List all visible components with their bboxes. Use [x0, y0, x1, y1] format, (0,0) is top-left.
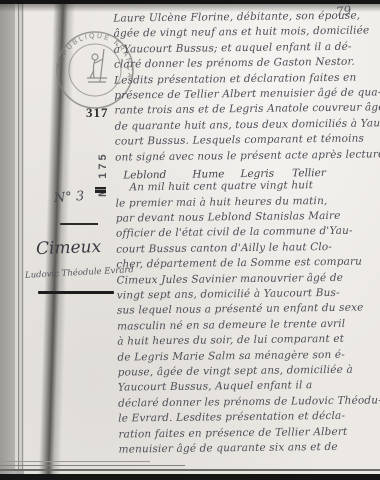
page-stack-edge	[0, 469, 380, 471]
scan-bottom-edge	[0, 474, 380, 480]
printed-act-number: 317	[86, 105, 109, 121]
ink-stamp-fragment	[95, 187, 106, 193]
act-317-text: Laure Ulcène Florine, débitante, son épo…	[113, 8, 375, 165]
margin-registered-surname: Cimeux	[36, 237, 102, 259]
book-gutter	[0, 0, 16, 480]
manuscript-line: ont signé avec nous le présent acte aprè…	[115, 147, 375, 166]
act-3-text: An mil huit cent quatre vingt huitle pre…	[115, 178, 378, 458]
margin-rule	[60, 223, 98, 225]
page-stack-edge	[0, 465, 185, 466]
manuscript-text-block: Laure Ulcène Florine, débitante, son épo…	[113, 8, 378, 457]
page-stack-edge	[0, 461, 150, 462]
manuscript-line: ration faites en présence de Tellier Alb…	[118, 424, 378, 443]
manuscript-line: menuisier âgé de quarante six ans et de	[119, 439, 379, 458]
seal-figure	[87, 49, 107, 82]
margin-rule	[38, 291, 114, 294]
manuscript-line: officier de l'état civil de la commune d…	[116, 224, 376, 243]
handwritten-act-number: N° 3	[54, 189, 85, 206]
civil-register-scan: RÉPUBLIQUE FRANÇAISE 317 M 175 N° 3 Cime…	[0, 0, 380, 480]
